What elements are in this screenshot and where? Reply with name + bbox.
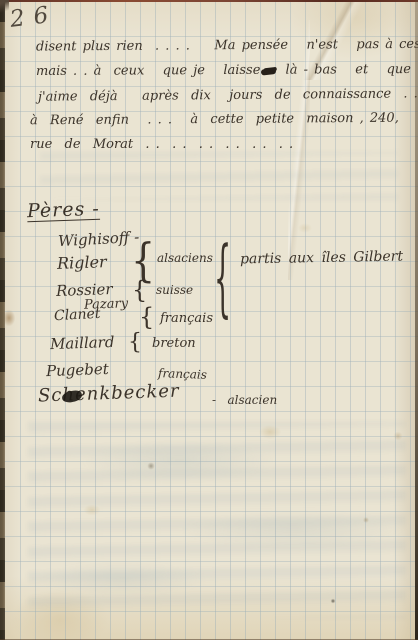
label-francais-2: français — [158, 366, 207, 382]
brace-maillard: { — [128, 330, 142, 355]
brace-rossier: { — [132, 276, 147, 304]
section-heading: Pères - — [27, 198, 100, 223]
name-maillard: Maillard — [50, 333, 115, 353]
name-pugebet: Pugebet — [46, 360, 109, 380]
paragraph-line-4: à René enfin . . . à cette petite maison… — [30, 111, 399, 129]
name-rigler: Rigler — [57, 252, 107, 273]
label-alsaciens: alsaciens — [157, 251, 213, 265]
label-breton: breton — [152, 336, 196, 351]
name-clanet: Clanet — [54, 306, 101, 324]
corner-mark — [0, 0, 9, 16]
page-top-edge — [0, 0, 418, 2]
paragraph-line-1: disent plus rien . . . . Ma pensée n'est… — [36, 36, 418, 54]
label-suisse: suisse — [156, 283, 193, 297]
brace-clanet: { — [139, 303, 154, 331]
paragraph-line-2: mais . . à ceux que je laisse là - bas e… — [36, 62, 411, 79]
paragraph-line-5: rue de Morat . . . . . . . . . . . . — [30, 137, 293, 152]
binding-edge — [0, 0, 5, 640]
ink-bleedthrough-lower — [28, 422, 406, 618]
ink-blot — [261, 68, 277, 76]
paragraph-line-2-text-after: là - bas et que — [279, 62, 411, 78]
ink-bleedthrough-upper — [40, 152, 398, 200]
brace-gilbert-group: { — [214, 231, 231, 327]
label-partis-iles-gilbert: partis aux îles Gilbert — [240, 249, 403, 268]
notebook-page: 26 disent plus rien . . . . Ma pensée n'… — [0, 0, 418, 640]
paragraph-line-2-text: mais . . à ceux que je laisse — [36, 63, 260, 79]
label-francais-1: français — [160, 311, 213, 326]
label-alsacien: - alsacien — [212, 393, 277, 407]
